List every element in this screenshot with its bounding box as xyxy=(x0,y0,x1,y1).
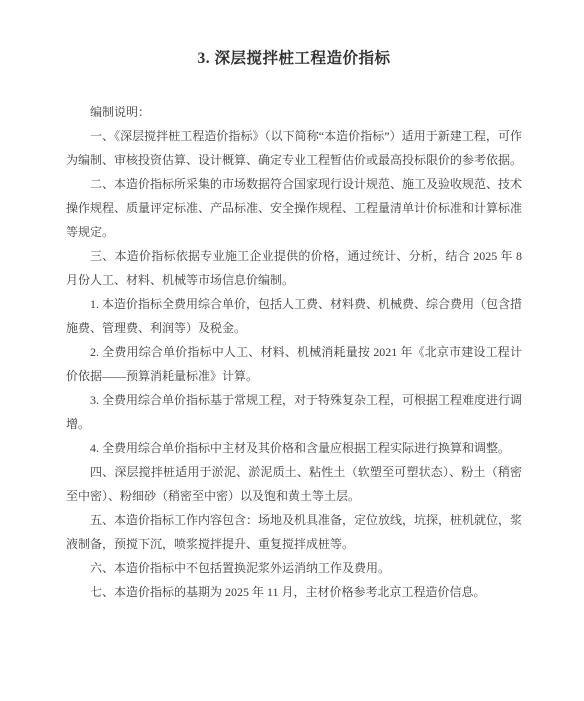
paragraph: 七、本造价指标的基期为 2025 年 11 月，主材价格参考北京工程造价信息。 xyxy=(66,580,522,604)
document-body: 编制说明： 一、《深层搅拌桩工程造价指标》（以下简称“本造价指标”）适用于新建工… xyxy=(66,100,522,604)
document-page: 3. 深层搅拌桩工程造价指标 编制说明： 一、《深层搅拌桩工程造价指标》（以下简… xyxy=(0,0,584,701)
paragraph: 一、《深层搅拌桩工程造价指标》（以下简称“本造价指标”）适用于新建工程，可作为编… xyxy=(66,124,522,172)
paragraph: 3. 全费用综合单价指标基于常规工程，对于特殊复杂工程，可根据工程难度进行调增。 xyxy=(66,388,522,436)
section-heading: 编制说明： xyxy=(66,100,522,124)
paragraph: 六、本造价指标中不包括置换泥浆外运消纳工作及费用。 xyxy=(66,556,522,580)
document-title: 3. 深层搅拌桩工程造价指标 xyxy=(66,46,522,68)
paragraph: 五、本造价指标工作内容包含：场地及机具准备，定位放线，坑探，桩机就位，浆液制备，… xyxy=(66,508,522,556)
paragraph: 2. 全费用综合单价指标中人工、材料、机械消耗量按 2021 年《北京市建设工程… xyxy=(66,340,522,388)
paragraph: 四、深层搅拌桩适用于淤泥、淤泥质土、粘性土（软塑至可塑状态）、粉土（稍密至中密）… xyxy=(66,460,522,508)
paragraph: 二、本造价指标所采集的市场数据符合国家现行设计规范、施工及验收规范、技术操作规程… xyxy=(66,172,522,244)
paragraph: 三、本造价指标依据专业施工企业提供的价格，通过统计、分析，结合 2025 年 8… xyxy=(66,244,522,292)
paragraph: 4. 全费用综合单价指标中主材及其价格和含量应根据工程实际进行换算和调整。 xyxy=(66,436,522,460)
paragraph: 1. 本造价指标全费用综合单价，包括人工费、材料费、机械费、综合费用（包含措施费… xyxy=(66,292,522,340)
